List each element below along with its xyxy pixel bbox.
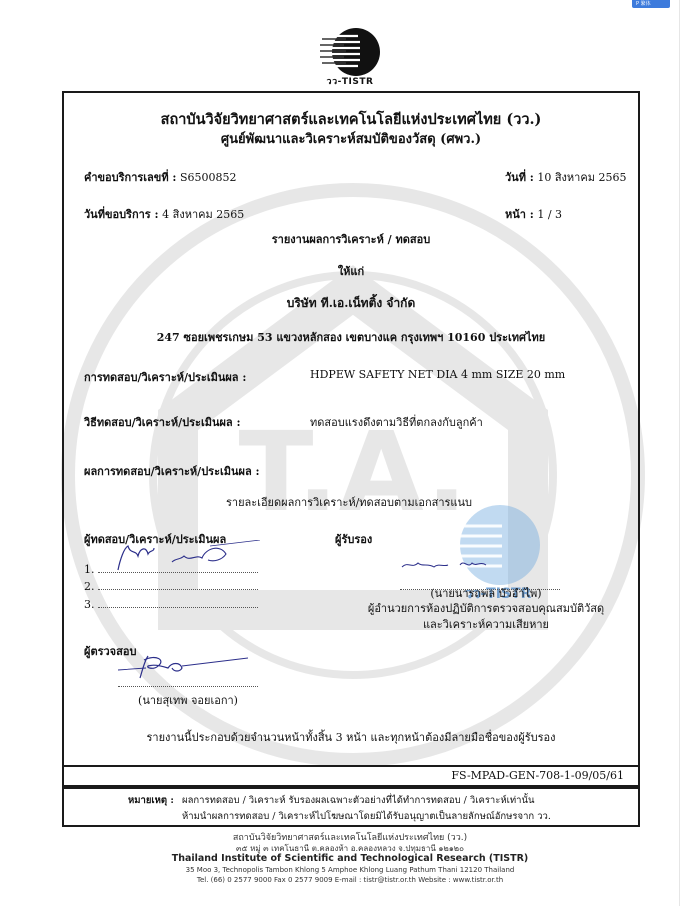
page-number-label: หน้า : [505, 208, 534, 221]
test-item-label: การทดสอบ/วิเคราะห์/ประเมินผล : [84, 368, 246, 386]
report-date-value: 10 สิงหาคม 2565 [537, 171, 626, 184]
test-method-label: วิธีทดสอบ/วิเคราะห์/ประเมินผล : [84, 413, 241, 431]
certifier-signature-icon [400, 555, 500, 575]
service-date: วันที่ขอบริการ : 4 สิงหาคม 2565 [84, 205, 244, 223]
tester-signature-icon [110, 540, 260, 575]
footer-contact: Tel. (66) 0 2577 9000 Fax 0 2577 9009 E-… [0, 876, 700, 884]
request-number: คำขอบริการเลขที่ : S6500852 [84, 168, 237, 186]
report-date-label: วันที่ : [505, 171, 534, 184]
remark-label: หมายเหตุ : [128, 793, 174, 808]
footer-en-name: Thailand Institute of Scientific and Tec… [0, 853, 700, 864]
test-result-label: ผลการทดสอบ/วิเคราะห์/ประเมินผล : [84, 462, 260, 480]
reviewer-signature-line [118, 672, 258, 691]
tester-line-3: 3. [84, 598, 258, 611]
company-name: บริษัท ที.เอ.เน็ทติ้ง จำกัด [62, 294, 640, 313]
footer-en-address: 35 Moo 3, Technopolis Tambon Khlong 5 Am… [0, 866, 700, 874]
details-note: รายละเอียดผลการวิเคราะห์/ทดสอบตามเอกสารแ… [226, 493, 472, 511]
tistr-logo-icon [316, 24, 382, 80]
certifier-label: ผู้รับรอง [335, 530, 372, 548]
tester-line-2: 2. [84, 580, 258, 593]
page-edge [679, 0, 680, 906]
service-date-value: 4 สิงหาคม 2565 [162, 208, 244, 221]
page-number: หน้า : 1 / 3 [505, 205, 562, 223]
page-count-note: รายงานนี้ประกอบด้วยจำนวนหน้าทั้งสิ้น 3 ห… [62, 728, 640, 746]
tester-line-2-number: 2. [84, 580, 95, 593]
remark-line-2: ห้ามนำผลการทดสอบ / วิเคราะห์ไปโฆษณาโดยมิ… [182, 809, 551, 824]
remark-line-1: ผลการทดสอบ / วิเคราะห์ รับรองผลเฉพาะตัวอ… [182, 793, 534, 808]
logo-text: วว-TISTR [0, 74, 700, 88]
form-code: FS-MPAD-GEN-708-1-09/05/61 [451, 769, 624, 782]
company-address: 247 ซอยเพชรเกษม 53 แขวงหลักสอง เขตบางแค … [62, 328, 640, 346]
translate-badge[interactable]: P 繁体 [632, 0, 670, 8]
request-number-label: คำขอบริการเลขที่ : [84, 171, 176, 184]
page-number-value: 1 / 3 [537, 208, 562, 221]
test-item-value: HDPEW SAFETY NET DIA 4 mm SIZE 20 mm [310, 368, 565, 381]
report-title: รายงานผลการวิเคราะห์ / ทดสอบ [62, 230, 640, 248]
tester-signature-line [98, 607, 258, 608]
remark-box: หมายเหตุ : ผลการทดสอบ / วิเคราะห์ รับรอง… [62, 785, 640, 827]
recipient-label: ให้แก่ [62, 262, 640, 280]
reviewer-name: (นายสุเทพ จอยเอกา) [118, 691, 258, 709]
tester-signature-line [98, 589, 258, 590]
report-date: วันที่ : 10 สิงหาคม 2565 [505, 168, 626, 186]
service-date-label: วันที่ขอบริการ : [84, 208, 159, 221]
certifier-title-2: และวิเคราะห์ความเสียหาย [356, 615, 616, 633]
center-name: ศูนย์พัฒนาและวิเคราะห์สมบัติของวัสดุ (ศพ… [62, 128, 640, 149]
tester-line-3-number: 3. [84, 598, 95, 611]
request-number-value: S6500852 [180, 171, 237, 184]
tester-line-1-number: 1. [84, 563, 95, 576]
test-method-value: ทดสอบแรงดึงตามวิธีที่ตกลงกับลูกค้า [310, 413, 483, 431]
